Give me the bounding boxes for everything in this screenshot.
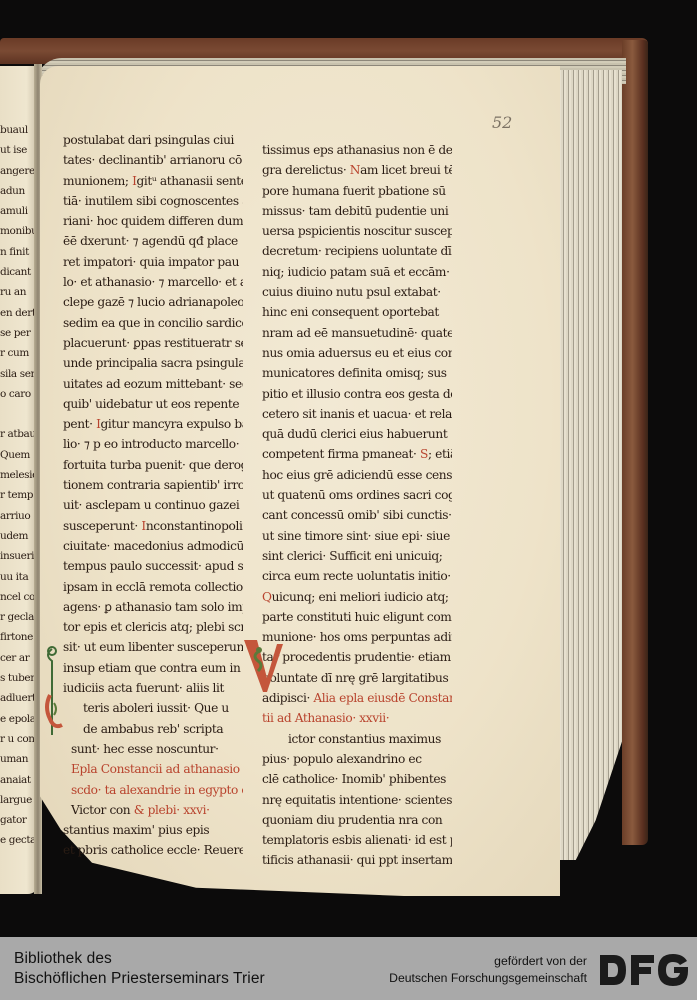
manuscript-line: cant concessū omib' sibi cunctis· [262,505,452,525]
manuscript-line: clepe gazē ⁊ lucio adrianapoleos [63,292,243,312]
manuscript-line: cetero sit inanis et uacua· et relatio [262,404,452,424]
manuscript-line: sila sen [0,364,34,384]
manuscript-line: r gecla [0,607,34,627]
manuscript-line: de ambabus reb' scripta [63,719,243,739]
manuscript-line: uitates ad eozum mittebant· sed as [63,374,243,394]
manuscript-line: pitio et illusio contra eos gesta de [262,384,452,404]
manuscript-line: et pbris catholice eccle· Reueren [63,840,243,860]
manuscript-line: uu ita [0,567,34,587]
manuscript-line: adluert [0,688,34,708]
verso-text-fragment: buaulut iseangereadunamulimonibusn finit… [0,120,34,851]
manuscript-line: clē catholice· Inomib' phibentes [262,769,452,789]
manuscript-line: ncel com [0,587,34,607]
manuscript-line: hoc eius grē adiciendū esse censui [262,465,452,485]
manuscript-line: monibus [0,221,34,241]
manuscript-line: teris aboleri iussit· Que u [63,698,243,718]
manuscript-line: gra derelictus· Nam licet breui tē [262,160,452,180]
manuscript-line: r atbau [0,424,34,444]
manuscript-line: nram ad eē mansuetudinē· quate [262,323,452,343]
funding-line-2: Deutschen Forschungsgemeinschaft [389,970,587,987]
manuscript-line: uman [0,749,34,769]
manuscript-line: udem [0,526,34,546]
manuscript-line: se per [0,323,34,343]
text-column-b: tissimus eps athanasius non ē deigra der… [262,140,452,871]
manuscript-line: circa eum recte uoluntatis initio· [262,566,452,586]
manuscript-line: templatoris esbis alienati· id est pon [262,830,452,850]
dfg-logo-icon [598,953,690,987]
manuscript-line: tates· declinantib' arrianoru cō [63,150,243,170]
manuscript-line: agens· ꝑ athanasio tam solo impa [63,597,243,617]
manuscript-line: Quicunq; eni meliori iudicio atq; [262,587,452,607]
funding-line-1: gefördert von der [389,953,587,970]
manuscript-line: s tuben [0,668,34,688]
library-line-1: Bibliothek des [14,949,265,969]
manuscript-line: hinc eni consequent oportebat [262,302,452,322]
manuscript-line: arriuo [0,506,34,526]
manuscript-line: uoluntate dī nrę grē largitatibus [262,668,452,688]
manuscript-line: ret impatori· quia impator pau [63,252,243,272]
manuscript-line: tii ad Athanasio· xxvii· [262,708,452,728]
manuscript-line: amuli [0,201,34,221]
manuscript-line: competent firma pmaneat· S; etiā [262,444,452,464]
manuscript-line: buaul [0,120,34,140]
manuscript-line: ut quatenū oms ordines sacri cognos [262,485,452,505]
manuscript-line: insueri [0,546,34,566]
manuscript-line: r temp [0,485,34,505]
manuscript-line: municatores definita omisq; sus [262,363,452,383]
manuscript-line: cer ar [0,648,34,668]
manuscript-line: nrę equitatis intentione· scientesq; [262,790,452,810]
manuscript-line: lio· ⁊ p eo introducto marcello· non [63,434,243,454]
manuscript-line: cuius diuino nutu psul extabat· [262,282,452,302]
manuscript-line: pent· Igitur mancyra expulso basi [63,414,243,434]
page-edges-fore-edge [556,70,622,860]
footer-banner: Bibliothek des Bischöflichen Priestersem… [0,937,697,1000]
funding-statement: gefördert von der Deutschen Forschungsge… [389,953,587,987]
manuscript-line: susceperunt· Inconstantinopolitana [63,516,243,536]
manuscript-line: r cum [0,343,34,363]
manuscript-line: pius· populo alexandrino ec [262,749,452,769]
manuscript-line: ut sine timore sint· siue epi· siue [262,526,452,546]
manuscript-line: munionem; Igitᵘ athanasii senten [63,171,243,191]
manuscript-line: quib' uidebatur ut eos repente susci [63,394,243,414]
manuscript-line: nus omia aduersus eu et eius com [262,343,452,363]
manuscript-line: o caro [0,384,34,404]
manuscript-line: angere [0,161,34,181]
manuscript-line: tissimus eps athanasius non ē dei [262,140,452,160]
manuscript-line: sunt· hec esse noscuntur· [63,739,243,759]
manuscript-line: adun [0,181,34,201]
manuscript-line: adipisci· Alia epla eiusdē Constan [262,688,452,708]
manuscript-line: en dert [0,303,34,323]
manuscript-line [0,404,34,424]
manuscript-line: quoniam diu prudentia nra con [262,810,452,830]
manuscript-line: tificis athanasii· qui ppt insertam [262,850,452,870]
manuscript-line: decretum· recipiens uoluntate dī [262,241,452,261]
manuscript-line: placuerunt· ꝑpas restitueratr sedes' [63,333,243,353]
manuscript-line: quā dudū clerici eius habuerunt [262,424,452,444]
manuscript-line: sit· ut eum libenter susceperunt· [63,637,243,657]
decorated-initial-v-icon [243,638,285,692]
manuscript-line: missus· tam debitū pudentie uni [262,201,452,221]
decorated-initial-e-icon [44,645,66,745]
manuscript-line: iudiciis acta fuerunt· aliis lit [63,678,243,698]
manuscript-line: munione· hos oms perpuntas adiu [262,627,452,647]
manuscript-line: ipsam in ecclā remota collectiones [63,577,243,597]
manuscript-line: n finit [0,242,34,262]
manuscript-line: uit· asclepam u continuo gazei [63,495,243,515]
manuscript-scan: 52 buaulut iseangereadunamulimonibusn fi… [0,0,697,935]
manuscript-line: e epolas [0,709,34,729]
manuscript-line: riani· hoc quidem differen dum [63,211,243,231]
manuscript-line: ru an [0,282,34,302]
manuscript-line: parte constituti huic eligunt com [262,607,452,627]
text-column-a: postulabat dari psingulas ciuitates· dec… [63,130,243,861]
manuscript-line: fortuita turba puenit· que derogati [63,455,243,475]
manuscript-line: r u con [0,729,34,749]
manuscript-line: anaiat [0,770,34,790]
manuscript-line: insup etiam que contra eum in [63,658,243,678]
manuscript-line: lo· et athanasio· ⁊ marcello· et as [63,272,243,292]
manuscript-line: melesie [0,465,34,485]
manuscript-line: stantius maxim' pius epis [63,820,243,840]
folio-number: 52 [492,113,512,132]
manuscript-line: ut ise [0,140,34,160]
manuscript-line: ictor constantius maximus [262,729,452,749]
manuscript-line: Quem [0,445,34,465]
manuscript-line: gator [0,810,34,830]
library-line-2: Bischöflichen Priesterseminars Trier [14,969,265,989]
manuscript-line: niq; iudicio patam suā et eccām· [262,262,452,282]
manuscript-line: postulabat dari psingulas ciui [63,130,243,150]
manuscript-line: Epla Constancii ad athanasio [63,759,243,779]
manuscript-line: tempus paulo successit· apud semet [63,556,243,576]
manuscript-line: pore humana fuerit pbatione sū [262,181,452,201]
manuscript-line: sedim ea que in concilio sardicēno [63,313,243,333]
manuscript-line: ciuitate· macedonius admodicū [63,536,243,556]
manuscript-line: dicant [0,262,34,282]
manuscript-line: unde principalia sacra psingulas ci [63,353,243,373]
manuscript-line: ēē dxerunt· ⁊ agendū qđ place [63,231,243,251]
manuscript-line: sint clerici· Sufficit eni unicuiq; [262,546,452,566]
manuscript-line: uersa pspicientis noscitur suscepisse [262,221,452,241]
manuscript-line: largue [0,790,34,810]
manuscript-line: tor epis et clericis atq; plebi scrip [63,617,243,637]
library-name: Bibliothek des Bischöflichen Priestersem… [14,949,265,989]
manuscript-line: firtone [0,627,34,647]
manuscript-line: scdo· ta alexandrie in egypto epis [63,780,243,800]
manuscript-line: tionem contraria sapientib' irroga [63,475,243,495]
leather-binding-spine-edge [622,40,648,845]
manuscript-line: Victor con & plebi· xxvi· [63,800,243,820]
manuscript-line: tar procedentis prudentie· etiam nē [262,647,452,667]
manuscript-line: tiā· inutilem sibi cognoscentes ar [63,191,243,211]
manuscript-line: e gecta [0,830,34,850]
